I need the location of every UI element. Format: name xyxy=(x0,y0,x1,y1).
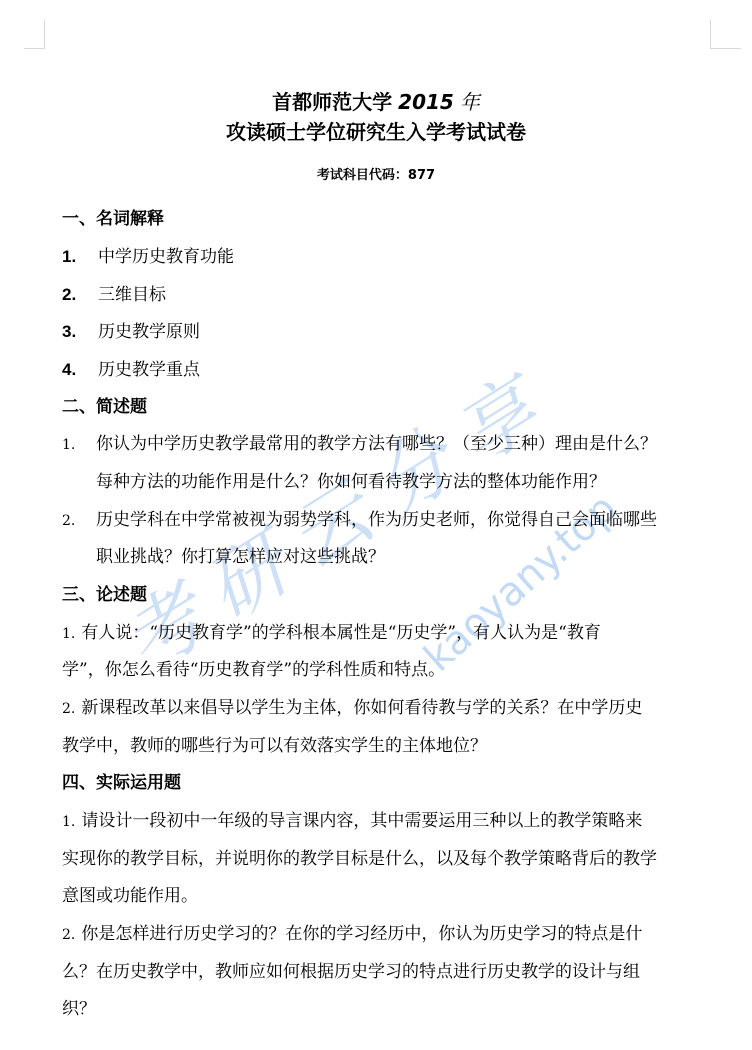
question-line: 么？在历史教学中，教师应如何根据历史学习的特点进行历史教学的设计与组 xyxy=(62,960,640,984)
question-line: 2.你是怎样进行历史学习的？在你的学习经历中，你认为历史学习的特点是什 xyxy=(62,922,642,947)
page-corner-mark-right xyxy=(710,20,741,49)
question-line: 每种方法的功能作用是什么？你如何看待教学方法的整体功能作用？ xyxy=(96,470,606,494)
question-line: 实现你的教学目标，并说明你的教学目标是什么，以及每个教学策略背后的教学 xyxy=(62,847,657,871)
exam-year: 2015 xyxy=(398,90,454,114)
question-line: 教学中，教师的哪些行为可以有效落实学生的主体地位？ xyxy=(62,734,487,758)
question-line: 织？ xyxy=(62,997,96,1021)
section-heading-4: 四、实际运用题 xyxy=(62,771,181,795)
year-suffix: 年 xyxy=(460,90,480,114)
question-line: 学”，你怎么看待“历史教育学”的学科性质和特点。 xyxy=(62,658,445,682)
question-line: 1.你认为中学历史教学最常用的教学方法有哪些？（至少三种）理由是什么？ xyxy=(62,432,657,457)
question-line: 1.请设计一段初中一年级的导言课内容，其中需要运用三种以上的教学策略来 xyxy=(62,809,642,834)
exam-title: 首都师范大学2015年 xyxy=(0,86,752,115)
term-item: 4.历史教学重点 xyxy=(62,358,200,382)
term-item: 2.三维目标 xyxy=(62,283,166,307)
question-line: 2.历史学科在中学常被视为弱势学科，作为历史老师，你觉得自己会面临哪些 xyxy=(62,508,657,533)
exam-subtitle: 攻读硕士学位研究生入学考试试卷 xyxy=(0,116,752,145)
section-heading-1: 一、名词解释 xyxy=(62,207,164,231)
university-name: 首都师范大学 xyxy=(272,90,392,114)
section-heading-3: 三、论述题 xyxy=(62,583,147,607)
question-line: 意图或功能作用。 xyxy=(62,884,198,908)
page-corner-mark-left xyxy=(24,20,45,49)
question-line: 2.新课程改革以来倡导以学生为主体，你如何看待教与学的关系？在中学历史 xyxy=(62,696,642,721)
subject-code: 考试科目代码：877 xyxy=(0,164,752,183)
question-line: 职业挑战？你打算怎样应对这些挑战？ xyxy=(96,545,385,569)
term-item: 3.历史教学原则 xyxy=(62,320,200,344)
term-item: 1.中学历史教育功能 xyxy=(62,245,234,269)
question-line: 1.有人说：“历史教育学”的学科根本属性是“历史学”，有人认为是“教育 xyxy=(62,621,601,646)
section-heading-2: 二、简述题 xyxy=(62,395,147,419)
